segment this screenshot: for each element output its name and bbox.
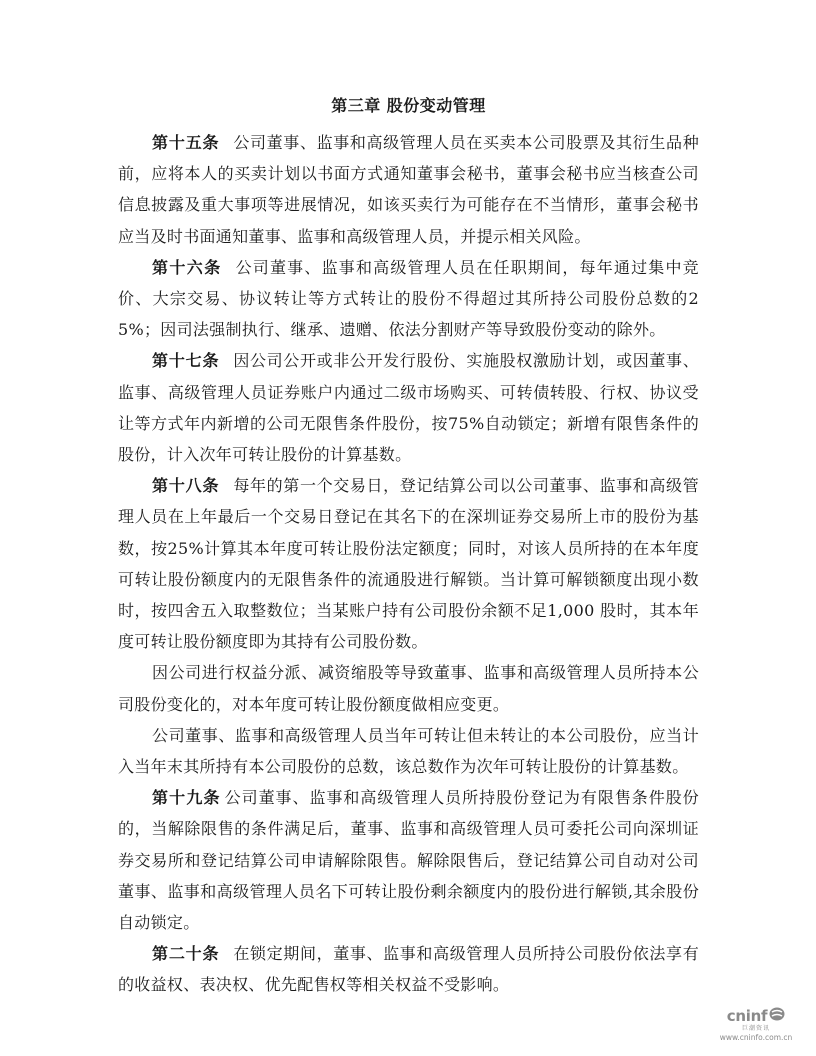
article-label: 第十九条 (152, 788, 221, 807)
article-text: 公司董事、监事和高级管理人员所持股份登记为有限售条件股份的，当解除限售的条件满足… (118, 788, 699, 932)
article-18: 第十八条每年的第一个交易日，登记结算公司以公司董事、监事和高级管理人员在上年最后… (118, 470, 699, 657)
article-label: 第十六条 (152, 258, 222, 277)
document-page: 第三章 股份变动管理 第十五条公司董事、监事和高级管理人员在买卖本公司股票及其衍… (118, 96, 699, 1001)
article-label: 第十七条 (152, 351, 219, 370)
paragraph-text: 因公司进行权益分派、减资缩股等导致董事、监事和高级管理人员所持本公司股份变化的，… (118, 663, 699, 713)
watermark-url: www.cninfo.com.cn (712, 1033, 800, 1042)
article-18-paragraph-3: 公司董事、监事和高级管理人员当年可转让但未转让的本公司股份，应当计入当年末其所持… (118, 720, 699, 782)
article-label: 第十八条 (152, 476, 219, 495)
watermark-brand-cn: 巨潮资讯 (712, 1025, 800, 1033)
article-19: 第十九条公司董事、监事和高级管理人员所持股份登记为有限售条件股份的，当解除限售的… (118, 782, 699, 938)
article-17: 第十七条因公司公开或非公开发行股份、实施股权激励计划，或因董事、监事、高级管理人… (118, 345, 699, 470)
paragraph-text: 公司董事、监事和高级管理人员当年可转让但未转让的本公司股份，应当计入当年末其所持… (118, 726, 699, 776)
cninfo-watermark: cninf 巨潮资讯 www.cninfo.com.cn (712, 1006, 800, 1042)
cninfo-logo-icon (769, 1006, 785, 1025)
watermark-brand: cninf (727, 1008, 767, 1024)
article-20: 第二十条在锁定期间，董事、监事和高级管理人员所持公司股份依法享有的收益权、表决权… (118, 938, 699, 1000)
article-18-paragraph-2: 因公司进行权益分派、减资缩股等导致董事、监事和高级管理人员所持本公司股份变化的，… (118, 657, 699, 719)
article-text: 每年的第一个交易日，登记结算公司以公司董事、监事和高级管理人员在上年最后一个交易… (118, 476, 699, 651)
article-label: 第二十条 (152, 944, 219, 963)
article-label: 第十五条 (152, 133, 219, 152)
article-16: 第十六条公司董事、监事和高级管理人员在任职期间，每年通过集中竞价、大宗交易、协议… (118, 252, 699, 346)
chapter-title: 第三章 股份变动管理 (118, 96, 699, 116)
article-15: 第十五条公司董事、监事和高级管理人员在买卖本公司股票及其衍生品种前，应将本人的买… (118, 127, 699, 252)
